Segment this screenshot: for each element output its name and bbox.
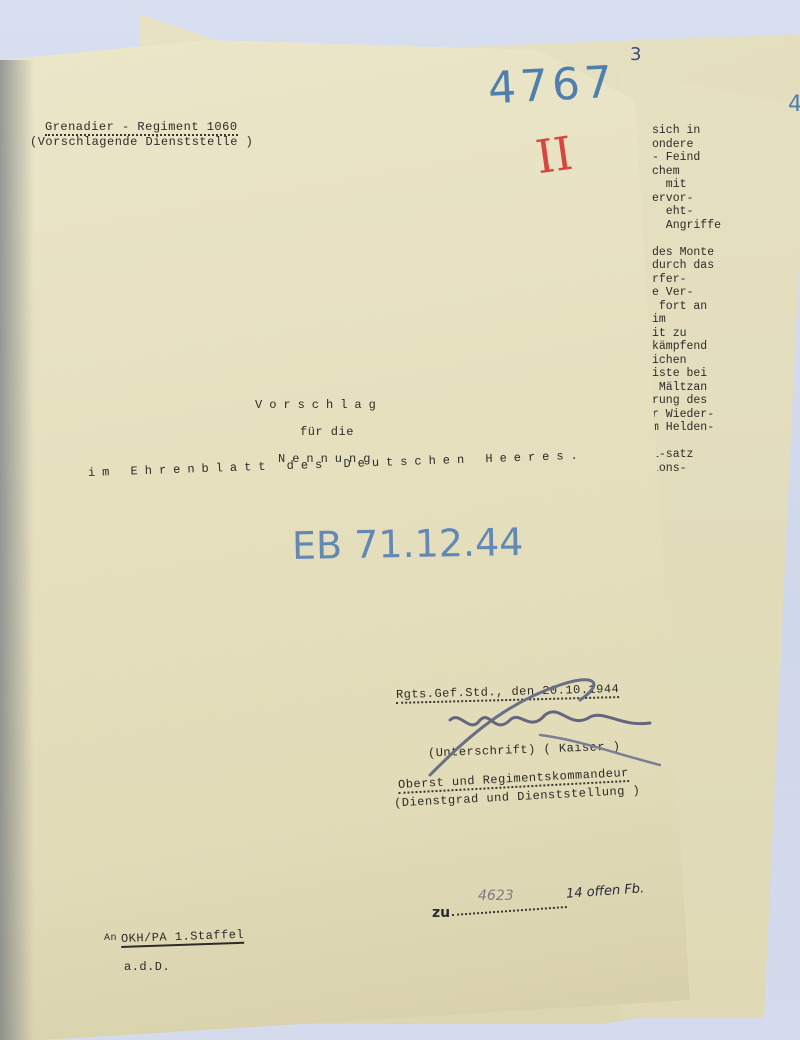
reference-prefix: zu bbox=[432, 905, 450, 921]
back-page-text: sich in ondere - Feind chem mit ervor- e… bbox=[652, 124, 721, 475]
recipient-prefix: An bbox=[104, 933, 117, 944]
back-page-mark: 4 bbox=[788, 92, 800, 117]
recipient-suffix: a.d.D. bbox=[124, 960, 170, 974]
roman-numeral-annotation: II bbox=[532, 126, 576, 185]
eb-annotation: EB 71.12.44 bbox=[292, 520, 524, 568]
title-line-1: Vorschlag bbox=[255, 398, 383, 412]
unit-caption: (Vorschlagende Dienststelle ) bbox=[30, 135, 253, 149]
shadow bbox=[0, 60, 34, 1040]
page-number-annotation: 3 bbox=[630, 44, 641, 65]
unit-name: Grenadier - Regiment 1060 bbox=[45, 120, 238, 136]
title-line-2: für die bbox=[300, 425, 354, 439]
file-number-annotation: 4767 bbox=[487, 57, 617, 115]
reference-number: 4623 bbox=[478, 888, 514, 904]
